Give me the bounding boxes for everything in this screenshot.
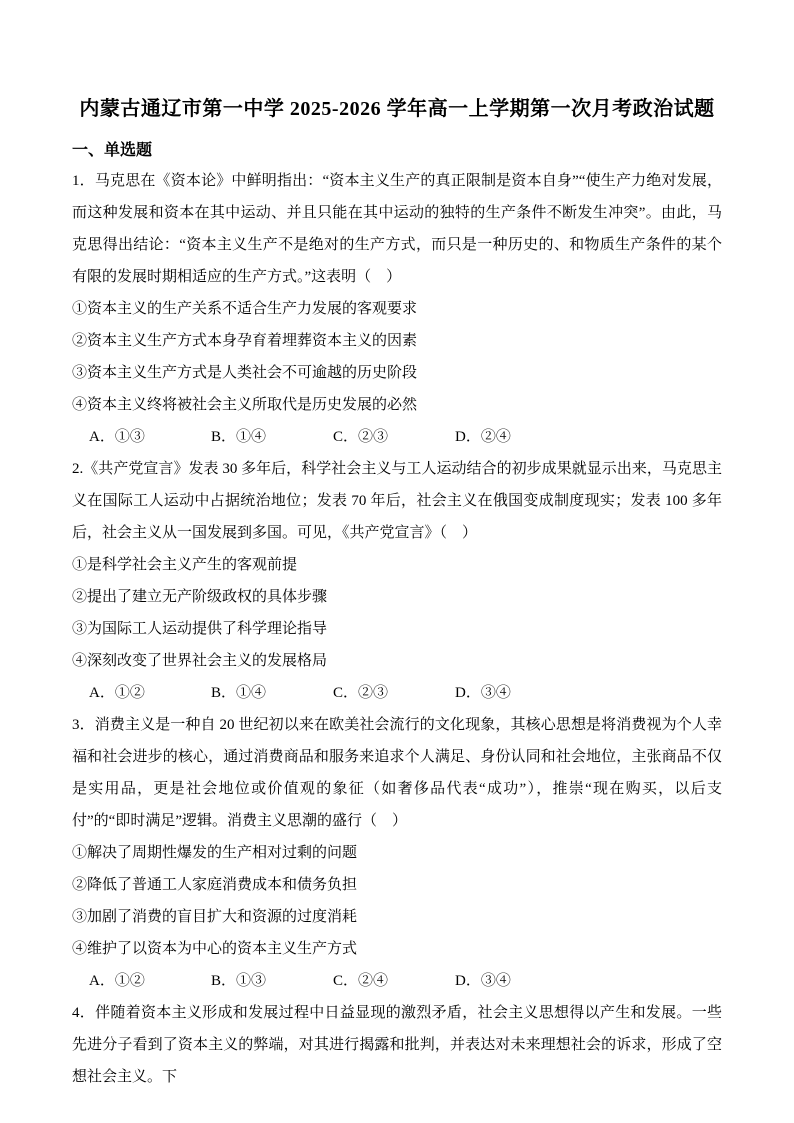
exam-paper-page: 内蒙古通辽市第一中学 2025-2026 学年高一上学期第一次月考政治试题 一、… [0, 0, 794, 1123]
choices-row: A．①③ B．①④ C．②③ D．②④ [72, 421, 722, 453]
question-1: 1．马克思在《资本论》中鲜明指出：“资本主义生产的真正限制是资本自身”“使生产力… [72, 165, 722, 453]
question-stem: 3．消费主义是一种自 20 世纪初以来在欧美社会流行的文化现象，其核心思想是将消… [72, 709, 722, 837]
choice-d: D．③④ [455, 965, 511, 997]
question-stem: 4．伴随着资本主义形成和发展过程中日益显现的激烈矛盾，社会主义思想得以产生和发展… [72, 997, 722, 1093]
choice-c: C．②③ [333, 421, 455, 453]
option-item-4: ④资本主义终将被社会主义所取代是历史发展的必然 [72, 389, 722, 421]
choice-a: A．①② [89, 965, 211, 997]
option-item-1: ①是科学社会主义产生的客观前提 [72, 549, 722, 581]
choices-row: A．①② B．①④ C．②③ D．③④ [72, 677, 722, 709]
option-item-3: ③为国际工人运动提供了科学理论指导 [72, 613, 722, 645]
choice-d: D．②④ [455, 421, 511, 453]
option-item-3: ③资本主义生产方式是人类社会不可逾越的历史阶段 [72, 357, 722, 389]
choice-c: C．②④ [333, 965, 455, 997]
choice-a: A．①③ [89, 421, 211, 453]
question-2: 2.《共产党宣言》发表 30 多年后，科学社会主义与工人运动结合的初步成果就显示… [72, 453, 722, 709]
section-heading: 一、单选题 [72, 138, 722, 164]
choice-c: C．②③ [333, 677, 455, 709]
choice-b: B．①④ [211, 421, 333, 453]
question-4: 4．伴随着资本主义形成和发展过程中日益显现的激烈矛盾，社会主义思想得以产生和发展… [72, 997, 722, 1093]
option-item-3: ③加剧了消费的盲目扩大和资源的过度消耗 [72, 901, 722, 933]
page-title: 内蒙古通辽市第一中学 2025-2026 学年高一上学期第一次月考政治试题 [72, 94, 722, 124]
choice-a: A．①② [89, 677, 211, 709]
option-item-2: ②提出了建立无产阶级政权的具体步骤 [72, 581, 722, 613]
option-item-4: ④维护了以资本为中心的资本主义生产方式 [72, 933, 722, 965]
choice-b: B．①③ [211, 965, 333, 997]
question-stem: 2.《共产党宣言》发表 30 多年后，科学社会主义与工人运动结合的初步成果就显示… [72, 453, 722, 549]
option-item-1: ①资本主义的生产关系不适合生产力发展的客观要求 [72, 293, 722, 325]
question-stem: 1．马克思在《资本论》中鲜明指出：“资本主义生产的真正限制是资本自身”“使生产力… [72, 165, 722, 293]
option-item-2: ②降低了普通工人家庭消费成本和债务负担 [72, 869, 722, 901]
option-item-4: ④深刻改变了世界社会主义的发展格局 [72, 645, 722, 677]
option-item-2: ②资本主义生产方式本身孕育着埋葬资本主义的因素 [72, 325, 722, 357]
choice-d: D．③④ [455, 677, 511, 709]
choices-row: A．①② B．①③ C．②④ D．③④ [72, 965, 722, 997]
choice-b: B．①④ [211, 677, 333, 709]
option-item-1: ①解决了周期性爆发的生产相对过剩的问题 [72, 837, 722, 869]
question-3: 3．消费主义是一种自 20 世纪初以来在欧美社会流行的文化现象，其核心思想是将消… [72, 709, 722, 997]
